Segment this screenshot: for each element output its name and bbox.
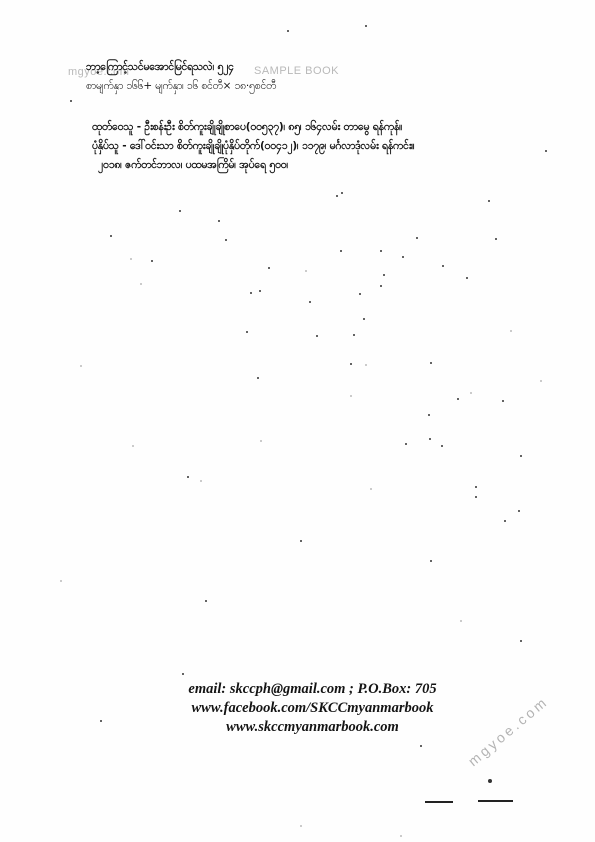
book-specs-line: စာမျက်နှာ ၁၆၆+ မျက်နှာ၊ ၁၆ စင်တီ× ၁၈·၅စင… xyxy=(86,80,276,95)
email-pobox-line: email: skccph@gmail.com ; P.O.Box: 705 xyxy=(0,681,595,698)
printer-line: ပုံနှိပ်သူ - ဒေါ်ဝင်းသာ စိတ်ကူးချိုချိုပ… xyxy=(92,140,414,155)
facebook-line: www.facebook.com/SKCCmyanmarbook xyxy=(0,700,595,717)
scan-mark-line xyxy=(478,800,513,802)
scan-speck xyxy=(488,779,492,783)
edition-line: ၂၀၁၈၊ ဇက်တင်ဘာလ၊ ပထမအကြိမ်၊ အုပ်ရေ ၅၀၀၊ xyxy=(98,159,288,174)
book-title-line: ဘာ့ကြောင့်သင်မအောင်မြင်ရသလဲ၊ ၅၂၄ xyxy=(86,61,234,76)
scanned-page: mgyoe.com ဘာ့ကြောင့်သင်မအောင်မြင်ရသလဲ၊ ၅… xyxy=(0,0,595,842)
scan-mark-line xyxy=(425,801,453,803)
publisher-line: ထုတ်ဝေသူ - ဦးစန်းဦး စိတ်ကူးချိုချိုစာပေ(… xyxy=(92,121,402,136)
watermark-sample-book: SAMPLE BOOK xyxy=(254,65,339,77)
